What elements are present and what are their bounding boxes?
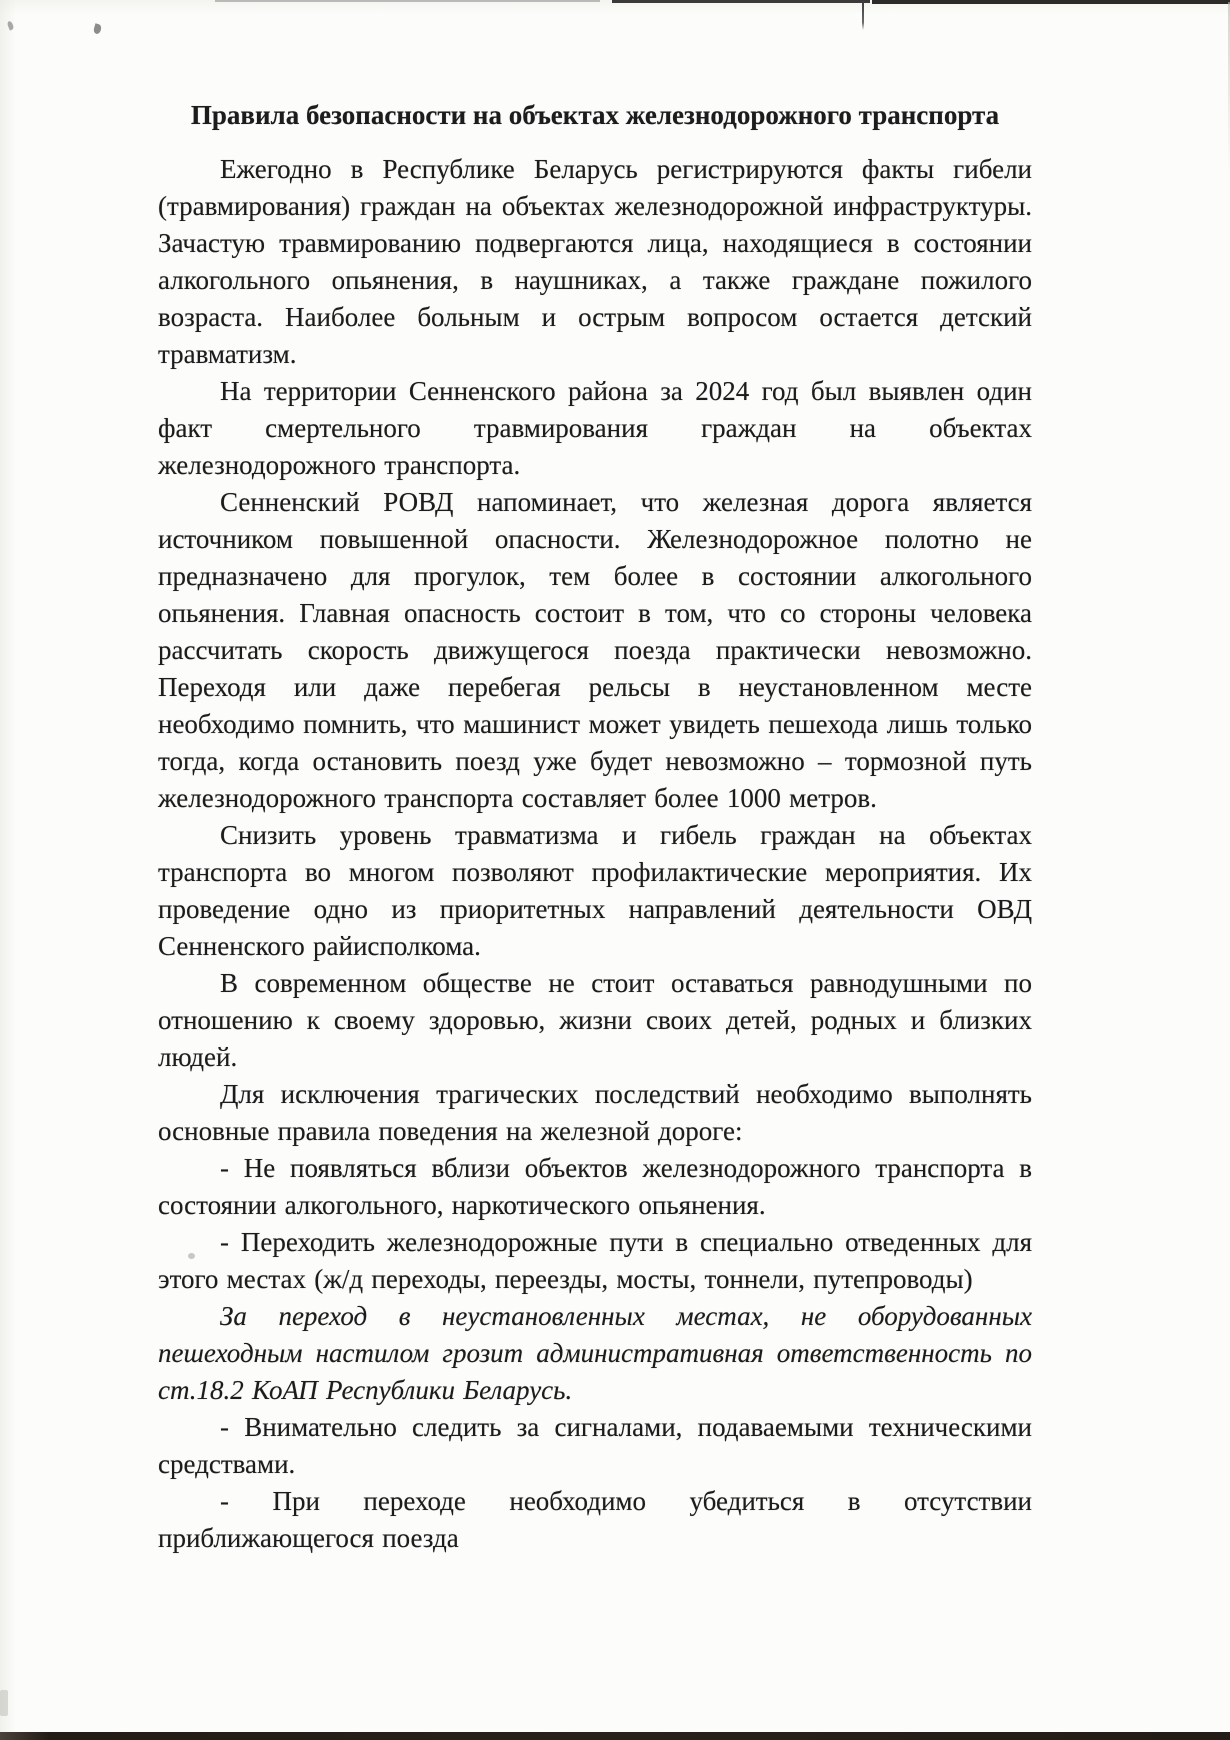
document-title: Правила безопасности на объектах железно…	[158, 97, 1032, 134]
rule-item-no-intoxication: - Не появляться вблизи объектов железнод…	[158, 1150, 1032, 1224]
paragraph-society-appeal: В современном обществе не стоит оставать…	[158, 965, 1032, 1076]
paragraph-rules-intro: Для исключения трагических последствий н…	[158, 1076, 1032, 1150]
rule-item-check-approaching-train: - При переходе необходимо убедиться в от…	[158, 1483, 1032, 1557]
scanned-document-page: { "document": { "title": "Правила безопа…	[0, 0, 1230, 1740]
scan-edge-line-top-left	[215, 0, 600, 2]
scan-smudge-bottom-left	[0, 1690, 8, 1716]
scan-bottom-edge-bar	[0, 1732, 1230, 1740]
document-body: Правила безопасности на объектах железно…	[158, 97, 1032, 1557]
paragraph-sennensky-district-2024: На территории Сенненского района за 2024…	[158, 373, 1032, 484]
note-administrative-liability: За переход в неустановленных местах, не …	[158, 1298, 1032, 1409]
scan-speck-top-left-2	[93, 23, 102, 35]
scan-edge-line-top-right	[872, 0, 1230, 4]
rule-item-watch-signals: - Внимательно следить за сигналами, пода…	[158, 1409, 1032, 1483]
paragraph-annual-facts: Ежегодно в Республике Беларусь регистрир…	[158, 151, 1032, 373]
paragraph-rovd-warning: Сенненский РОВД напоминает, что железная…	[158, 484, 1032, 817]
scan-vertical-tick-mark	[862, 0, 864, 30]
rule-item-cross-designated-places: - Переходить железнодорожные пути в спец…	[158, 1224, 1032, 1298]
scan-edge-line-top-middle	[612, 0, 870, 3]
scan-speck-top-left-1	[6, 20, 14, 30]
paragraph-prevention-measures: Снизить уровень травматизма и гибель гра…	[158, 817, 1032, 965]
